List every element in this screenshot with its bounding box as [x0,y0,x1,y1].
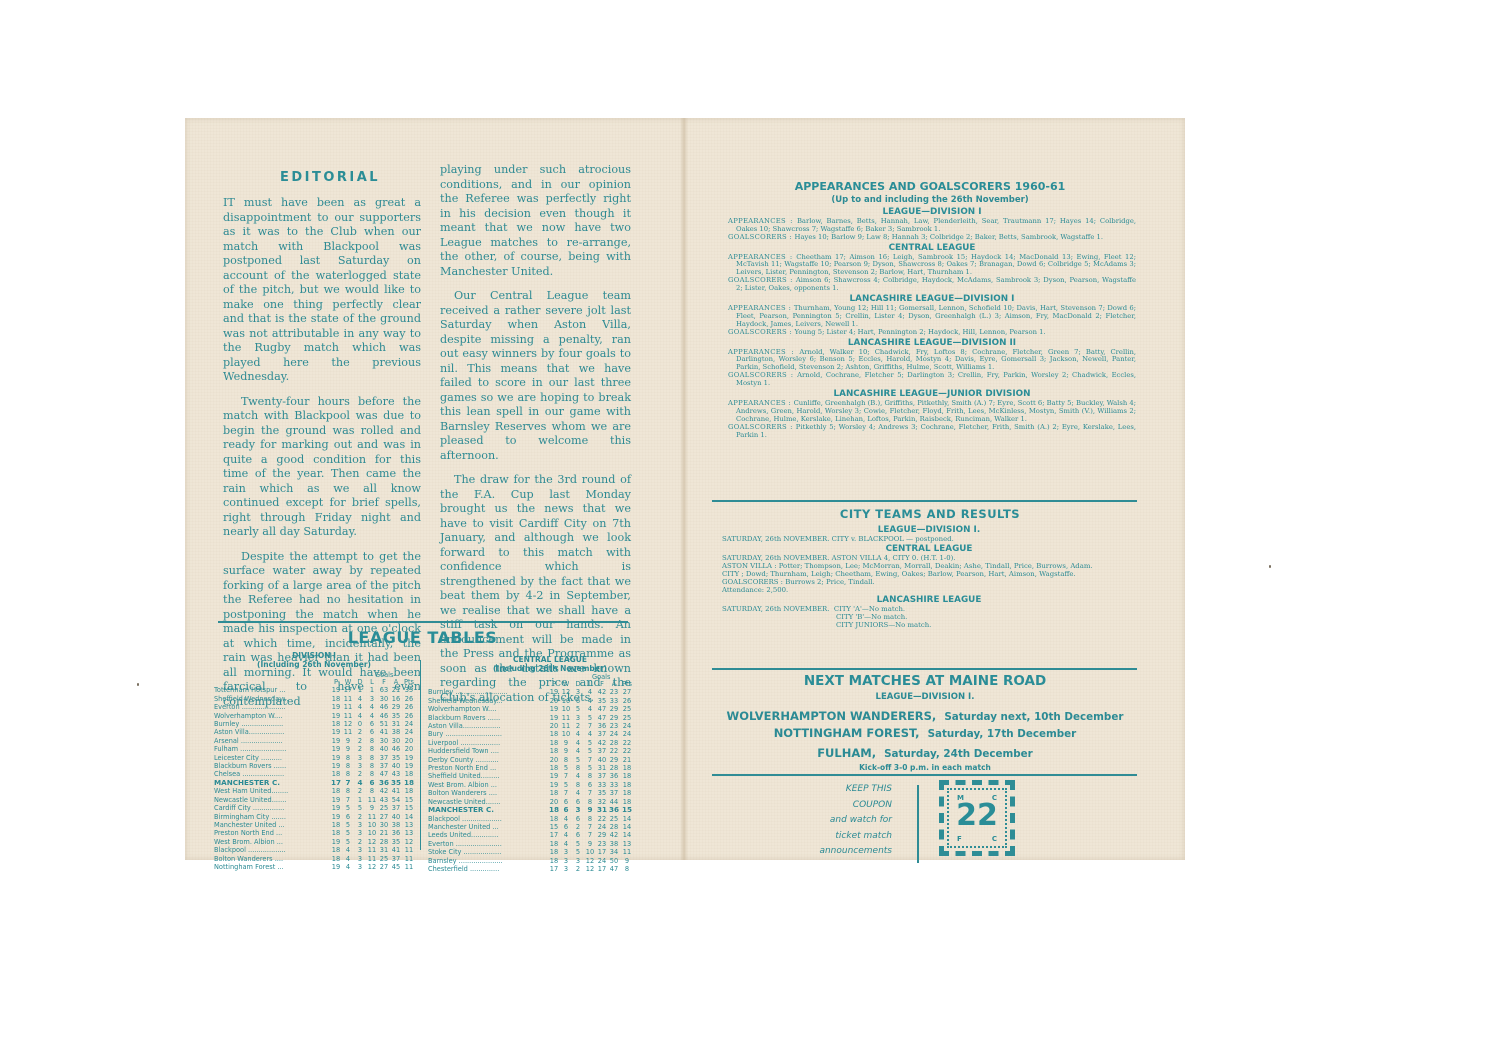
table-cell: 36 [378,779,390,787]
team-name: Birmingham City ....... [214,813,330,821]
table-cell: 19 [330,804,342,812]
scan-speck [137,683,139,686]
table-cell: 6 [366,720,378,728]
table-row: Everton ......................1845923381… [428,840,634,848]
table-cell: 19 [330,754,342,762]
table-cell: 3 [572,806,584,814]
table-cell: 42 [596,739,608,747]
table-row: Wolverhampton W....191054472925 [428,705,634,713]
editorial-paragraph: Our Central League team received a rathe… [440,289,631,463]
team-name: Chelsea .................... [214,770,330,778]
table-cell: 4 [572,730,584,738]
table-cell: 19 [330,728,342,736]
team-name: Nottingham Forest ... [214,863,330,871]
table-cell: 41 [378,728,390,736]
table-cell: 3 [572,688,584,696]
central-league-heading: CENTRAL LEAGUE (Including 26th November) [465,656,635,673]
table-cell: 42 [378,787,390,795]
table-cell: 7 [584,831,596,839]
team-name: Blackpool ................... [428,815,548,823]
table-cell: 18 [620,772,634,780]
table-cell: 3 [560,857,572,865]
table-cell: 4 [354,703,366,711]
appearances-value: Barlow, Barnes, Betts, Hannah, Law, Plen… [736,217,1136,233]
table-cell: 19 [330,745,342,753]
table-cell: 19 [548,714,560,722]
table-cell: 11 [560,714,572,722]
table-cell: 29 [608,705,620,713]
lancashire-date: SATURDAY, 26th NOVEMBER. [722,605,829,613]
table-cell: 24 [596,823,608,831]
column-header: W [560,680,572,688]
table-cell: 46 [378,712,390,720]
table-row: MANCHESTER C.17746363518 [214,779,416,787]
table-cell: 20 [402,745,416,753]
table-row: Burnley ....................181206513124 [214,720,416,728]
table-cell: 2 [572,823,584,831]
table-cell: 12 [584,865,596,873]
table-cell: 37 [596,730,608,738]
table-cell: 2 [354,728,366,736]
table-cell: 22 [620,739,634,747]
table-cell: 35 [390,779,402,787]
table-cell: 8 [366,737,378,745]
table-cell: 18 [548,815,560,823]
table-row: Leicester City ..........19838373519 [214,754,416,762]
results-lancashire-title: LANCASHIRE LEAGUE [722,596,1136,604]
table-row: Arsenal ....................19928303020 [214,737,416,745]
team-name: Sheffield United......... [428,772,548,780]
table-cell: 18 [330,855,342,863]
fixture-team: WOLVERHAMPTON WANDERERS, [727,709,937,723]
table-cell: 11 [402,846,416,854]
table-cell: 8 [366,754,378,762]
table-cell: 54 [390,796,402,804]
goalscorers-label: GOALSCORERS : [728,371,797,379]
table-cell: 25 [620,705,634,713]
team-name: Derby County ........... [428,756,548,764]
team-name: Barnsley ..................... [428,857,548,865]
table-row: Everton .....................19114446292… [214,703,416,711]
team-name: Newcastle United....... [214,796,330,804]
table-cell: 38 [608,840,620,848]
team-name: Sheffield Wednesday... [214,695,330,703]
table-cell: 7 [342,779,354,787]
goalscorers-value: Pitkethly 5; Worsley 4; Andrews 3; Cochr… [736,423,1136,439]
section-title: LEAGUE—DIVISION I [728,209,1136,217]
table-cell: 23 [608,722,620,730]
table-cell: 47 [596,705,608,713]
divider-rule [712,774,1137,776]
table-row: Fulham ......................19928404620 [214,745,416,753]
team-name: Leicester City .......... [214,754,330,762]
table-cell: 35 [402,686,416,694]
table-cell: 3 [354,863,366,871]
table-cell: 18 [548,840,560,848]
column-header: D [354,678,366,686]
table-cell: 3 [560,865,572,873]
goalscorers-label: GOALSCORERS [722,578,778,586]
table-cell: 27 [378,863,390,871]
table-cell: 37 [608,789,620,797]
table-cell: 19 [330,703,342,711]
team-name: Leeds United............. [428,831,548,839]
team-name: West Ham United........ [214,787,330,795]
division1-subtitle: (Including 26th November) [214,661,414,670]
table-cell: 36 [596,722,608,730]
table-cell: 3 [354,754,366,762]
kickoff-note: Kick-off 3-0 p.m. in each match [700,763,1150,772]
table-cell: 3 [560,848,572,856]
table-cell: 9 [342,737,354,745]
table-cell: 10 [584,848,596,856]
league-tables-title: LEAGUE TABLES [215,628,630,647]
table-row: Preston North End ...185310213613 [214,829,416,837]
table-cell: 18 [402,779,416,787]
table-cell: 2 [354,787,366,795]
table-cell: 18 [330,695,342,703]
team-name: Fulham ...................... [214,745,330,753]
table-cell: 8 [572,781,584,789]
team-name: Blackburn Rovers ...... [428,714,548,722]
coupon-number: 22 [939,798,1015,834]
table-cell: 18 [330,846,342,854]
table-cell: 18 [620,789,634,797]
table-cell: 18 [548,739,560,747]
table-cell: 24 [402,728,416,736]
table-cell: 6 [572,815,584,823]
coupon-letter: C [992,835,997,843]
table-cell: 6 [560,823,572,831]
table-cell: 4 [584,705,596,713]
team-column-header [214,678,330,686]
table-row: Sheffield Wednesday...181143301626 [214,695,416,703]
table-cell: 21 [378,829,390,837]
table-cell: 31 [390,720,402,728]
table-header-row: PWDLFAPts [214,678,416,686]
table-cell: 25 [620,714,634,722]
table-cell: 19 [548,772,560,780]
coupon-letter: F [957,835,962,843]
table-cell: 7 [560,772,572,780]
table-cell: 28 [608,823,620,831]
table-cell: 15 [402,804,416,812]
table-cell: 40 [596,756,608,764]
table-cell: 8 [342,754,354,762]
table-cell: 5 [572,840,584,848]
table-cell: 0 [354,720,366,728]
table-row: West Brom. Albion ...19586333318 [428,781,634,789]
table-cell: 6 [560,806,572,814]
team-name: Arsenal .................... [214,737,330,745]
centre-fold [680,118,688,860]
results-central: SATURDAY, 26th NOVEMBER. ASTON VILLA 4, … [722,554,1136,562]
table-cell: 1 [354,796,366,804]
appearances-list: APPEARANCES : Arnold, Walker 10; Chadwic… [728,349,1136,373]
table-cell: 28 [608,739,620,747]
table-cell: 35 [390,838,402,846]
table-row: Preston North End ...18585312818 [428,764,634,772]
appearances-list: APPEARANCES : Thurnham, Young 12; Hill 1… [728,305,1136,329]
table-cell: 37 [596,747,608,755]
table-row: Manchester United ...15627242814 [428,823,634,831]
table-cell: 19 [402,754,416,762]
goalscorers-value: Young 5; Lister 4; Hart, Pennington 2; H… [795,328,1046,336]
table-row: Manchester United ...185310303813 [214,821,416,829]
table-row: Chesterfield ..............17321217478 [428,865,634,873]
table-row: Cardiff City ...............19559253715 [214,804,416,812]
table-cell: 18 [330,821,342,829]
table-cell: 4 [342,863,354,871]
column-header: L [366,678,378,686]
divider-rule [712,668,1137,670]
aston-villa-lineup: Potter; Thompson, Lee; McMorran, Morrall… [779,562,1093,570]
appearances-section: LEAGUE—DIVISION IAPPEARANCES : Barlow, B… [728,209,1136,242]
next-matches-title: NEXT MATCHES AT MAINE ROAD [710,673,1140,689]
table-cell: 36 [608,806,620,814]
table-cell: 11 [342,728,354,736]
appearances-list: APPEARANCES : Cunliffe, Greenhalgh (B.),… [728,400,1136,424]
goalscorers-label: GOALSCORERS : [728,328,795,336]
lancashire-result-b: CITY 'B'—No match. [722,613,1136,621]
table-cell: 11 [366,796,378,804]
appearances-label: APPEARANCES : [728,348,799,356]
table-cell: 10 [560,705,572,713]
table-cell: 19 [330,762,342,770]
table-cell: 2 [354,737,366,745]
table-cell: 15 [402,796,416,804]
appearances-section: LANCASHIRE LEAGUE—DIVISION IAPPEARANCES … [728,296,1136,337]
table-cell: 6 [584,781,596,789]
table-cell: 38 [390,728,402,736]
divider-rule [712,500,1137,502]
table-cell: 26 [402,712,416,720]
section-title: LANCASHIRE LEAGUE—JUNIOR DIVISION [728,391,1136,399]
table-cell: 11 [342,712,354,720]
table-row: Derby County ...........20857402921 [428,756,634,764]
table-cell: 8 [560,756,572,764]
table-cell: 5 [342,838,354,846]
column-header: P [330,678,342,686]
table-cell: 6 [572,831,584,839]
table-cell: 4 [560,840,572,848]
table-cell: 4 [572,739,584,747]
table-row: Blackburn Rovers ......191135472925 [428,714,634,722]
table-cell: 5 [354,804,366,812]
city-lineup: Dowd; Thurnham, Leigh; Cheetham, Ewing, … [746,570,1076,578]
table-cell: 19 [330,863,342,871]
editorial-paragraph: Twenty-four hours before the match with … [223,395,421,540]
table-cell: 46 [378,703,390,711]
table-cell: 20 [402,737,416,745]
goalscorers-label: GOALSCORERS : [728,423,796,431]
column-header: F [378,678,390,686]
table-cell: 40 [378,745,390,753]
table-cell: 2 [572,865,584,873]
table-cell: 9 [560,739,572,747]
table-cell: 20 [548,756,560,764]
table-cell: 4 [572,789,584,797]
aston-villa-label: ASTON VILLA [722,562,772,570]
column-header: W [342,678,354,686]
section-title: LANCASHIRE LEAGUE—DIVISION I [728,296,1136,304]
table-cell: 24 [596,857,608,865]
appearances-list: APPEARANCES : Cheetham 17; Aimson 16; Le… [728,254,1136,278]
table-cell: 10 [366,829,378,837]
table-cell: 8 [572,764,584,772]
table-cell: 27 [378,813,390,821]
divider-rule [218,621,628,623]
table-cell: 24 [608,730,620,738]
table-cell: 19 [330,796,342,804]
division1-heading: DIVISION I (Including 26th November) [214,652,414,669]
team-name: West Brom. Albion ... [214,838,330,846]
table-cell: 11 [560,722,572,730]
column-header: A [608,680,620,688]
table-cell: 31 [378,846,390,854]
table-cell: 17 [548,865,560,873]
team-name: Preston North End ... [214,829,330,837]
fixture-date: Saturday, 24th December [884,748,1033,760]
table-cell: 12 [560,688,572,696]
table-cell: 20 [548,697,560,705]
table-cell: 3 [354,855,366,863]
table-cell: 22 [608,747,620,755]
table-cell: 33 [608,781,620,789]
editorial-paragraph: IT must have been as great a disappointm… [223,196,421,385]
results-division1: SATURDAY, 26th NOVEMBER. CITY v. BLACKPO… [722,535,1136,543]
table-cell: 30 [378,737,390,745]
team-name: West Brom. Albion ... [428,781,548,789]
table-cell: 42 [608,831,620,839]
table-cell: 5 [584,764,596,772]
table-cell: 30 [390,737,402,745]
table-cell: 5 [572,705,584,713]
table-row: Wolverhampton W....191144463526 [214,712,416,720]
table-cell: 24 [620,730,634,738]
results-division1-title: LEAGUE—DIVISION I. [722,526,1136,534]
section-title: CENTRAL LEAGUE [728,245,1136,253]
table-cell: 18 [548,764,560,772]
table-cell: 35 [390,712,402,720]
table-row: Birmingham City .......196211274014 [214,813,416,821]
table-cell: 38 [390,821,402,829]
lancashire-result-juniors: CITY JUNIORS—No match. [722,621,1136,629]
coupon-line: COUPON [790,798,892,814]
table-cell: 12 [366,863,378,871]
results-goalscorers: GOALSCORERS : Burrows 2; Price, Tindall. [722,578,1136,586]
table-cell: 14 [402,813,416,821]
table-row: Bury ...........................18104437… [428,730,634,738]
table-cell: 1 [366,686,378,694]
editorial-title: EDITORIAL [270,170,390,185]
table-cell: 19 [330,838,342,846]
table-cell: 5 [572,756,584,764]
table-cell: 13 [402,829,416,837]
table-cell: 37 [596,772,608,780]
table-cell: 3 [572,714,584,722]
goalscorers-value: Hayes 10; Barlow 9; Law 8; Hannah 3; Col… [795,233,1103,241]
team-name: Everton ...................... [428,840,548,848]
table-cell: 24 [402,720,416,728]
table-cell: 37 [378,754,390,762]
team-name: Burnley ......................... [428,688,548,696]
goalscorers-value: Burrows 2; Price, Tindall. [785,578,875,586]
table-cell: 17 [596,865,608,873]
team-name: Newcastle United....... [428,798,548,806]
table-cell: 4 [572,772,584,780]
table-cell: 10 [560,697,572,705]
goalscorers-value: Aimson 6; Shawcross 4; Colbridge, Haydoc… [736,276,1136,292]
column-header: Pts [402,678,416,686]
table-cell: 40 [390,813,402,821]
table-cell: 18 [330,829,342,837]
goalscorers-list: GOALSCORERS : Hayes 10; Barlow 9; Law 8;… [728,234,1136,242]
coupon-line: and watch for [790,813,892,829]
table-cell: 5 [584,747,596,755]
table-cell: 36 [608,772,620,780]
table-cell: 19 [548,781,560,789]
table-cell: 23 [608,688,620,696]
table-cell: 4 [560,815,572,823]
table-cell: 4 [584,697,596,705]
table-cell: 3 [354,762,366,770]
table-row: Blackburn Rovers ......19838374019 [214,762,416,770]
table-cell: 18 [330,720,342,728]
city-teams-results: LEAGUE—DIVISION I. SATURDAY, 26th NOVEMB… [722,524,1136,629]
goalscorers-list: GOALSCORERS : Pitkethly 5; Worsley 4; An… [728,424,1136,440]
table-cell: 17 [596,848,608,856]
aston-villa-team: ASTON VILLA : Potter; Thompson, Lee; McM… [722,562,1136,570]
team-name: Blackburn Rovers ...... [214,762,330,770]
table-cell: 4 [366,712,378,720]
coupon-line: ticket match [790,829,892,845]
table-cell: 29 [390,703,402,711]
table-cell: 7 [584,789,596,797]
table-cell: 5 [584,739,596,747]
table-cell: 3 [366,695,378,703]
table-cell: 11 [366,846,378,854]
table-row: Blackpool ..................184311314111 [214,846,416,854]
table-cell: 41 [390,787,402,795]
table-cell: 4 [342,855,354,863]
goalscorers-label: GOALSCORERS : [728,233,795,241]
table-cell: 7 [584,722,596,730]
table-cell: 31 [596,806,608,814]
table-cell: 46 [390,745,402,753]
table-cell: 45 [390,863,402,871]
appearances-title: APPEARANCES AND GOALSCORERS 1960-61 [720,180,1140,193]
appearances-sections: LEAGUE—DIVISION IAPPEARANCES : Barlow, B… [728,207,1136,442]
table-cell: 5 [584,714,596,722]
table-cell: 17 [342,686,354,694]
table-cell: 42 [596,688,608,696]
table-row: MANCHESTER C.18639313615 [428,806,634,814]
table-cell: 5 [342,829,354,837]
appearances-list: APPEARANCES : Barlow, Barnes, Betts, Han… [728,218,1136,234]
appearances-label: APPEARANCES : [728,217,797,225]
table-row: West Ham United........18828424118 [214,787,416,795]
table-cell: 19 [330,813,342,821]
appearances-subtitle: (Up to and including the 26th November) [720,195,1140,205]
goalscorers-list: GOALSCORERS : Arnold, Cochrane, Fletcher… [728,372,1136,388]
table-cell: 21 [390,686,402,694]
team-name: Aston Villa.................. [428,722,548,730]
table-cell: 8 [366,787,378,795]
table-cell: 6 [366,728,378,736]
table-cell: 14 [620,823,634,831]
table-cell: 18 [548,857,560,865]
